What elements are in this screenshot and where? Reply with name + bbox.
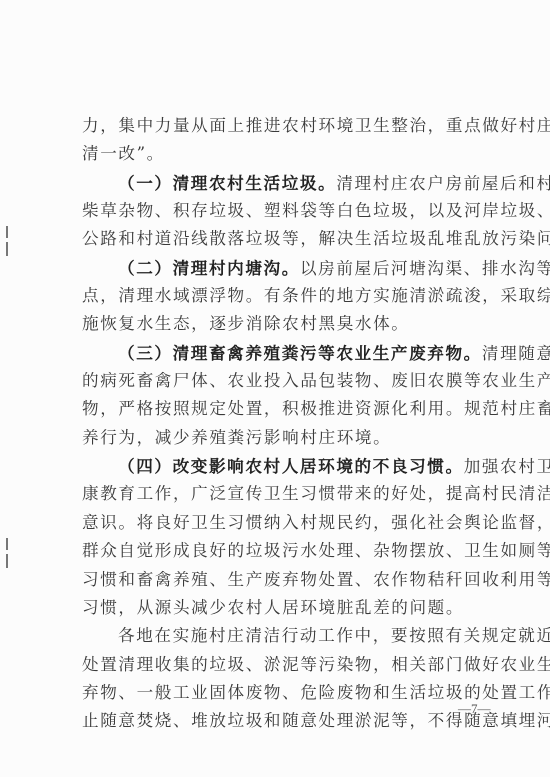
line-text: 物，严格按照规定处置，积极推进资源化利用。规范村庄畜禽散 bbox=[82, 399, 550, 418]
page-number: —7— bbox=[458, 701, 491, 717]
binding-mark bbox=[6, 226, 8, 238]
text-line: 清一改”。 bbox=[82, 140, 472, 168]
text-line: 养行为，减少养殖粪污影响村庄环境。 bbox=[82, 424, 472, 452]
text-line: 物，严格按照规定处置，积极推进资源化利用。规范村庄畜禽散 bbox=[82, 395, 472, 423]
line-text: 的病死畜禽尸体、农业投入品包装物、废旧农膜等农业生产废弃 bbox=[82, 371, 550, 390]
text-line: 的病死畜禽尸体、农业投入品包装物、废旧农膜等农业生产废弃 bbox=[82, 367, 472, 395]
text-line: 公路和村道沿线散落垃圾等，解决生活垃圾乱堆乱放污染问题。 bbox=[82, 225, 472, 253]
document-page: 力，集中力量从面上推进农村环境卫生整治，重点做好村庄内“三清一改”。（一）清理农… bbox=[0, 0, 550, 777]
text-line: （二）清理村内塘沟。以房前屋后河塘沟渠、排水沟等为重 bbox=[82, 254, 472, 282]
line-text: 公路和村道沿线散落垃圾等，解决生活垃圾乱堆乱放污染问题。 bbox=[82, 229, 550, 248]
line-text: 加强农村卫生健 bbox=[464, 457, 550, 476]
line-text: 群众自觉形成良好的垃圾污水处理、杂物摆放、卫生如厕等生活 bbox=[82, 541, 550, 560]
text-line: 各地在实施村庄清洁行动工作中，要按照有关规定就近妥善 bbox=[82, 622, 472, 650]
text-line: 力，集中力量从面上推进农村环境卫生整治，重点做好村庄内“三 bbox=[82, 112, 472, 140]
line-text: 清一改”。 bbox=[82, 144, 165, 163]
text-line: 意识。将良好卫生习惯纳入村规民约，强化社会舆论监督，引导 bbox=[82, 509, 472, 537]
text-line: 止随意焚烧、堆放垃圾和随意处理淤泥等，不得随意填埋河沟池 bbox=[82, 707, 472, 735]
section-heading: （四）改变影响农村人居环境的不良习惯。 bbox=[118, 456, 464, 476]
text-line: 习惯，从源头减少农村人居环境脏乱差的问题。 bbox=[82, 594, 472, 622]
line-text: 养行为，减少养殖粪污影响村庄环境。 bbox=[82, 428, 391, 447]
line-text: 以房前屋后河塘沟渠、排水沟等为重 bbox=[300, 259, 550, 278]
text-line: 点，清理水域漂浮物。有条件的地方实施清淤疏浚，采取综合措 bbox=[82, 282, 472, 310]
text-line: （三）清理畜禽养殖粪污等农业生产废弃物。清理随意丢弃 bbox=[82, 339, 472, 367]
line-text: 处置清理收集的垃圾、淤泥等污染物，相关部门做好农业生产废 bbox=[82, 655, 550, 674]
text-line: 群众自觉形成良好的垃圾污水处理、杂物摆放、卫生如厕等生活 bbox=[82, 537, 472, 565]
line-text: 康教育工作，广泛宣传卫生习惯带来的好处，提高村民清洁卫生 bbox=[82, 484, 550, 503]
section-heading: （三）清理畜禽养殖粪污等农业生产废弃物。 bbox=[118, 343, 482, 363]
line-text: 点，清理水域漂浮物。有条件的地方实施清淤疏浚，采取综合措 bbox=[82, 286, 550, 305]
line-text: 柴草杂物、积存垃圾、塑料袋等白色垃圾，以及河岸垃圾、沿村 bbox=[82, 201, 550, 220]
text-line: 施恢复水生态，逐步消除农村黑臭水体。 bbox=[82, 310, 472, 338]
line-text: 习惯，从源头减少农村人居环境脏乱差的问题。 bbox=[82, 598, 464, 617]
line-text: 弃物、一般工业固体废物、危险废物和生活垃圾的处置工作，禁 bbox=[82, 683, 550, 702]
line-text: 各地在实施村庄清洁行动工作中，要按照有关规定就近妥善 bbox=[118, 626, 550, 645]
binding-mark bbox=[6, 538, 8, 550]
line-text: 施恢复水生态，逐步消除农村黑臭水体。 bbox=[82, 314, 410, 333]
binding-mark bbox=[6, 242, 8, 256]
section-heading: （二）清理村内塘沟。 bbox=[118, 258, 300, 278]
line-text: 清理随意丢弃 bbox=[482, 344, 550, 363]
text-line: （一）清理农村生活垃圾。清理村庄农户房前屋后和村组道 bbox=[82, 169, 472, 197]
binding-mark bbox=[6, 554, 8, 568]
document-body: 力，集中力量从面上推进农村环境卫生整治，重点做好村庄内“三清一改”。（一）清理农… bbox=[82, 112, 472, 736]
text-line: 处置清理收集的垃圾、淤泥等污染物，相关部门做好农业生产废 bbox=[82, 651, 472, 679]
line-text: 清理村庄农户房前屋后和村组道 bbox=[336, 174, 550, 193]
text-line: 弃物、一般工业固体废物、危险废物和生活垃圾的处置工作，禁 bbox=[82, 679, 472, 707]
line-text: 习惯和畜禽养殖、生产废弃物处置、农作物秸秆回收利用等生产 bbox=[82, 570, 550, 589]
line-text: 力，集中力量从面上推进农村环境卫生整治，重点做好村庄内“三 bbox=[82, 116, 550, 135]
text-line: 柴草杂物、积存垃圾、塑料袋等白色垃圾，以及河岸垃圾、沿村 bbox=[82, 197, 472, 225]
text-line: 康教育工作，广泛宣传卫生习惯带来的好处，提高村民清洁卫生 bbox=[82, 480, 472, 508]
text-line: 习惯和畜禽养殖、生产废弃物处置、农作物秸秆回收利用等生产 bbox=[82, 566, 472, 594]
text-line: （四）改变影响农村人居环境的不良习惯。加强农村卫生健 bbox=[82, 452, 472, 480]
section-heading: （一）清理农村生活垃圾。 bbox=[118, 173, 336, 193]
line-text: 意识。将良好卫生习惯纳入村规民约，强化社会舆论监督，引导 bbox=[82, 513, 550, 532]
